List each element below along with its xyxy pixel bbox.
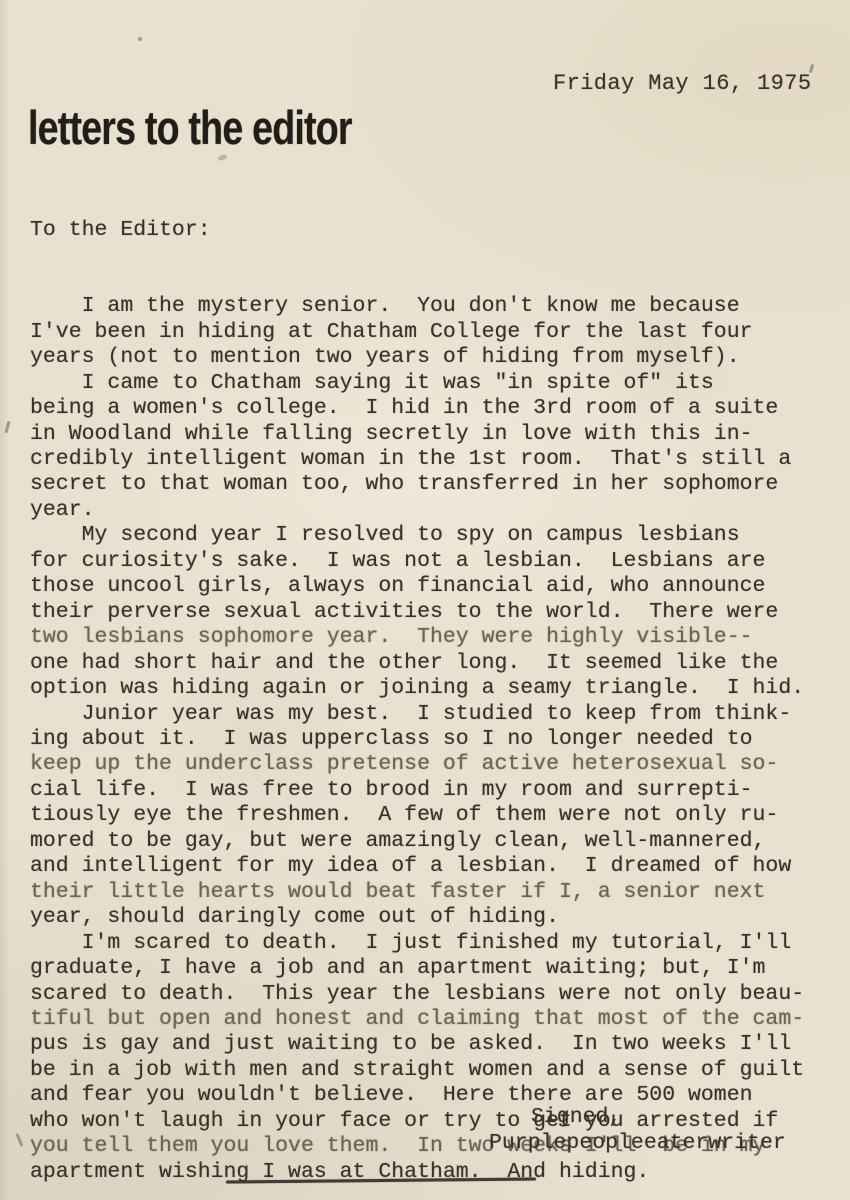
letter-line: mored to be gay, but were amazingly clea… [30,829,804,854]
letter-line: tiously eye the freshmen. A few of them … [30,803,804,828]
letter-line: cial life. I was free to brood in my roo… [30,778,804,803]
letter-line: I've been in hiding at Chatham College f… [30,320,804,345]
letter-line: scared to death. This year the lesbians … [30,982,804,1007]
letter-line: option was hiding again or joining a sea… [30,676,804,701]
paper-speck [138,37,142,41]
letter-line: pus is gay and just waiting to be asked.… [30,1032,804,1057]
letter-line: two lesbians sophomore year. They were h… [30,625,804,650]
signature-signed: Signed, [531,1105,621,1130]
letter-line: I'm scared to death. I just finished my … [30,931,804,956]
letter-line: years (not to mention two years of hidin… [30,345,804,370]
stray-mark [809,64,815,73]
stray-mark [5,421,11,433]
stray-mark [15,1133,23,1147]
letter-line: graduate, I have a job and an apartment … [30,956,804,981]
letter-line: those uncool girls, always on financial … [30,574,804,599]
letter-line: ing about it. I was upperclass so I no l… [30,727,804,752]
date-line: Friday May 16, 1975 [553,71,811,97]
letter-line: My second year I resolved to spy on camp… [30,523,804,548]
letter-body: To the Editor: I am the mystery senior. … [30,167,804,1185]
letter-line: credibly intelligent woman in the 1st ro… [30,447,804,472]
letter-line: year, should daringly come out of hiding… [30,905,804,930]
letter-line: be in a job with men and straight women … [30,1058,804,1083]
letter-line: one had short hair and the other long. I… [30,651,804,676]
letter-line: Junior year was my best. I studied to ke… [30,702,804,727]
letter-line: keep up the underclass pretense of activ… [30,752,804,777]
letter-line: their perverse sexual activities to the … [30,600,804,625]
headline: letters to the editor [28,99,352,157]
letter-line: I came to Chatham saying it was "in spit… [30,371,804,396]
letter-line: year. [30,498,804,523]
letter-line: and fear you wouldn't believe. Here ther… [30,1083,804,1108]
letter-line: secret to that woman too, who transferre… [30,472,804,497]
letter-line: and intelligent for my idea of a lesbian… [30,854,804,879]
letter-line: being a women's college. I hid in the 3r… [30,396,804,421]
letter-line: in Woodland while falling secretly in lo… [30,422,804,447]
letter-line: tiful but open and honest and claiming t… [30,1007,804,1032]
signature-name: Purplepeopleeaterwriter [489,1131,786,1156]
letter-line: their little hearts would beat faster if… [30,880,804,905]
letter-line: I am the mystery senior. You don't know … [30,294,804,319]
letter-line: for curiosity's sake. I was not a lesbia… [30,549,804,574]
salutation: To the Editor: [30,218,804,243]
letter-page: Friday May 16, 1975 letters to the edito… [0,0,850,1200]
